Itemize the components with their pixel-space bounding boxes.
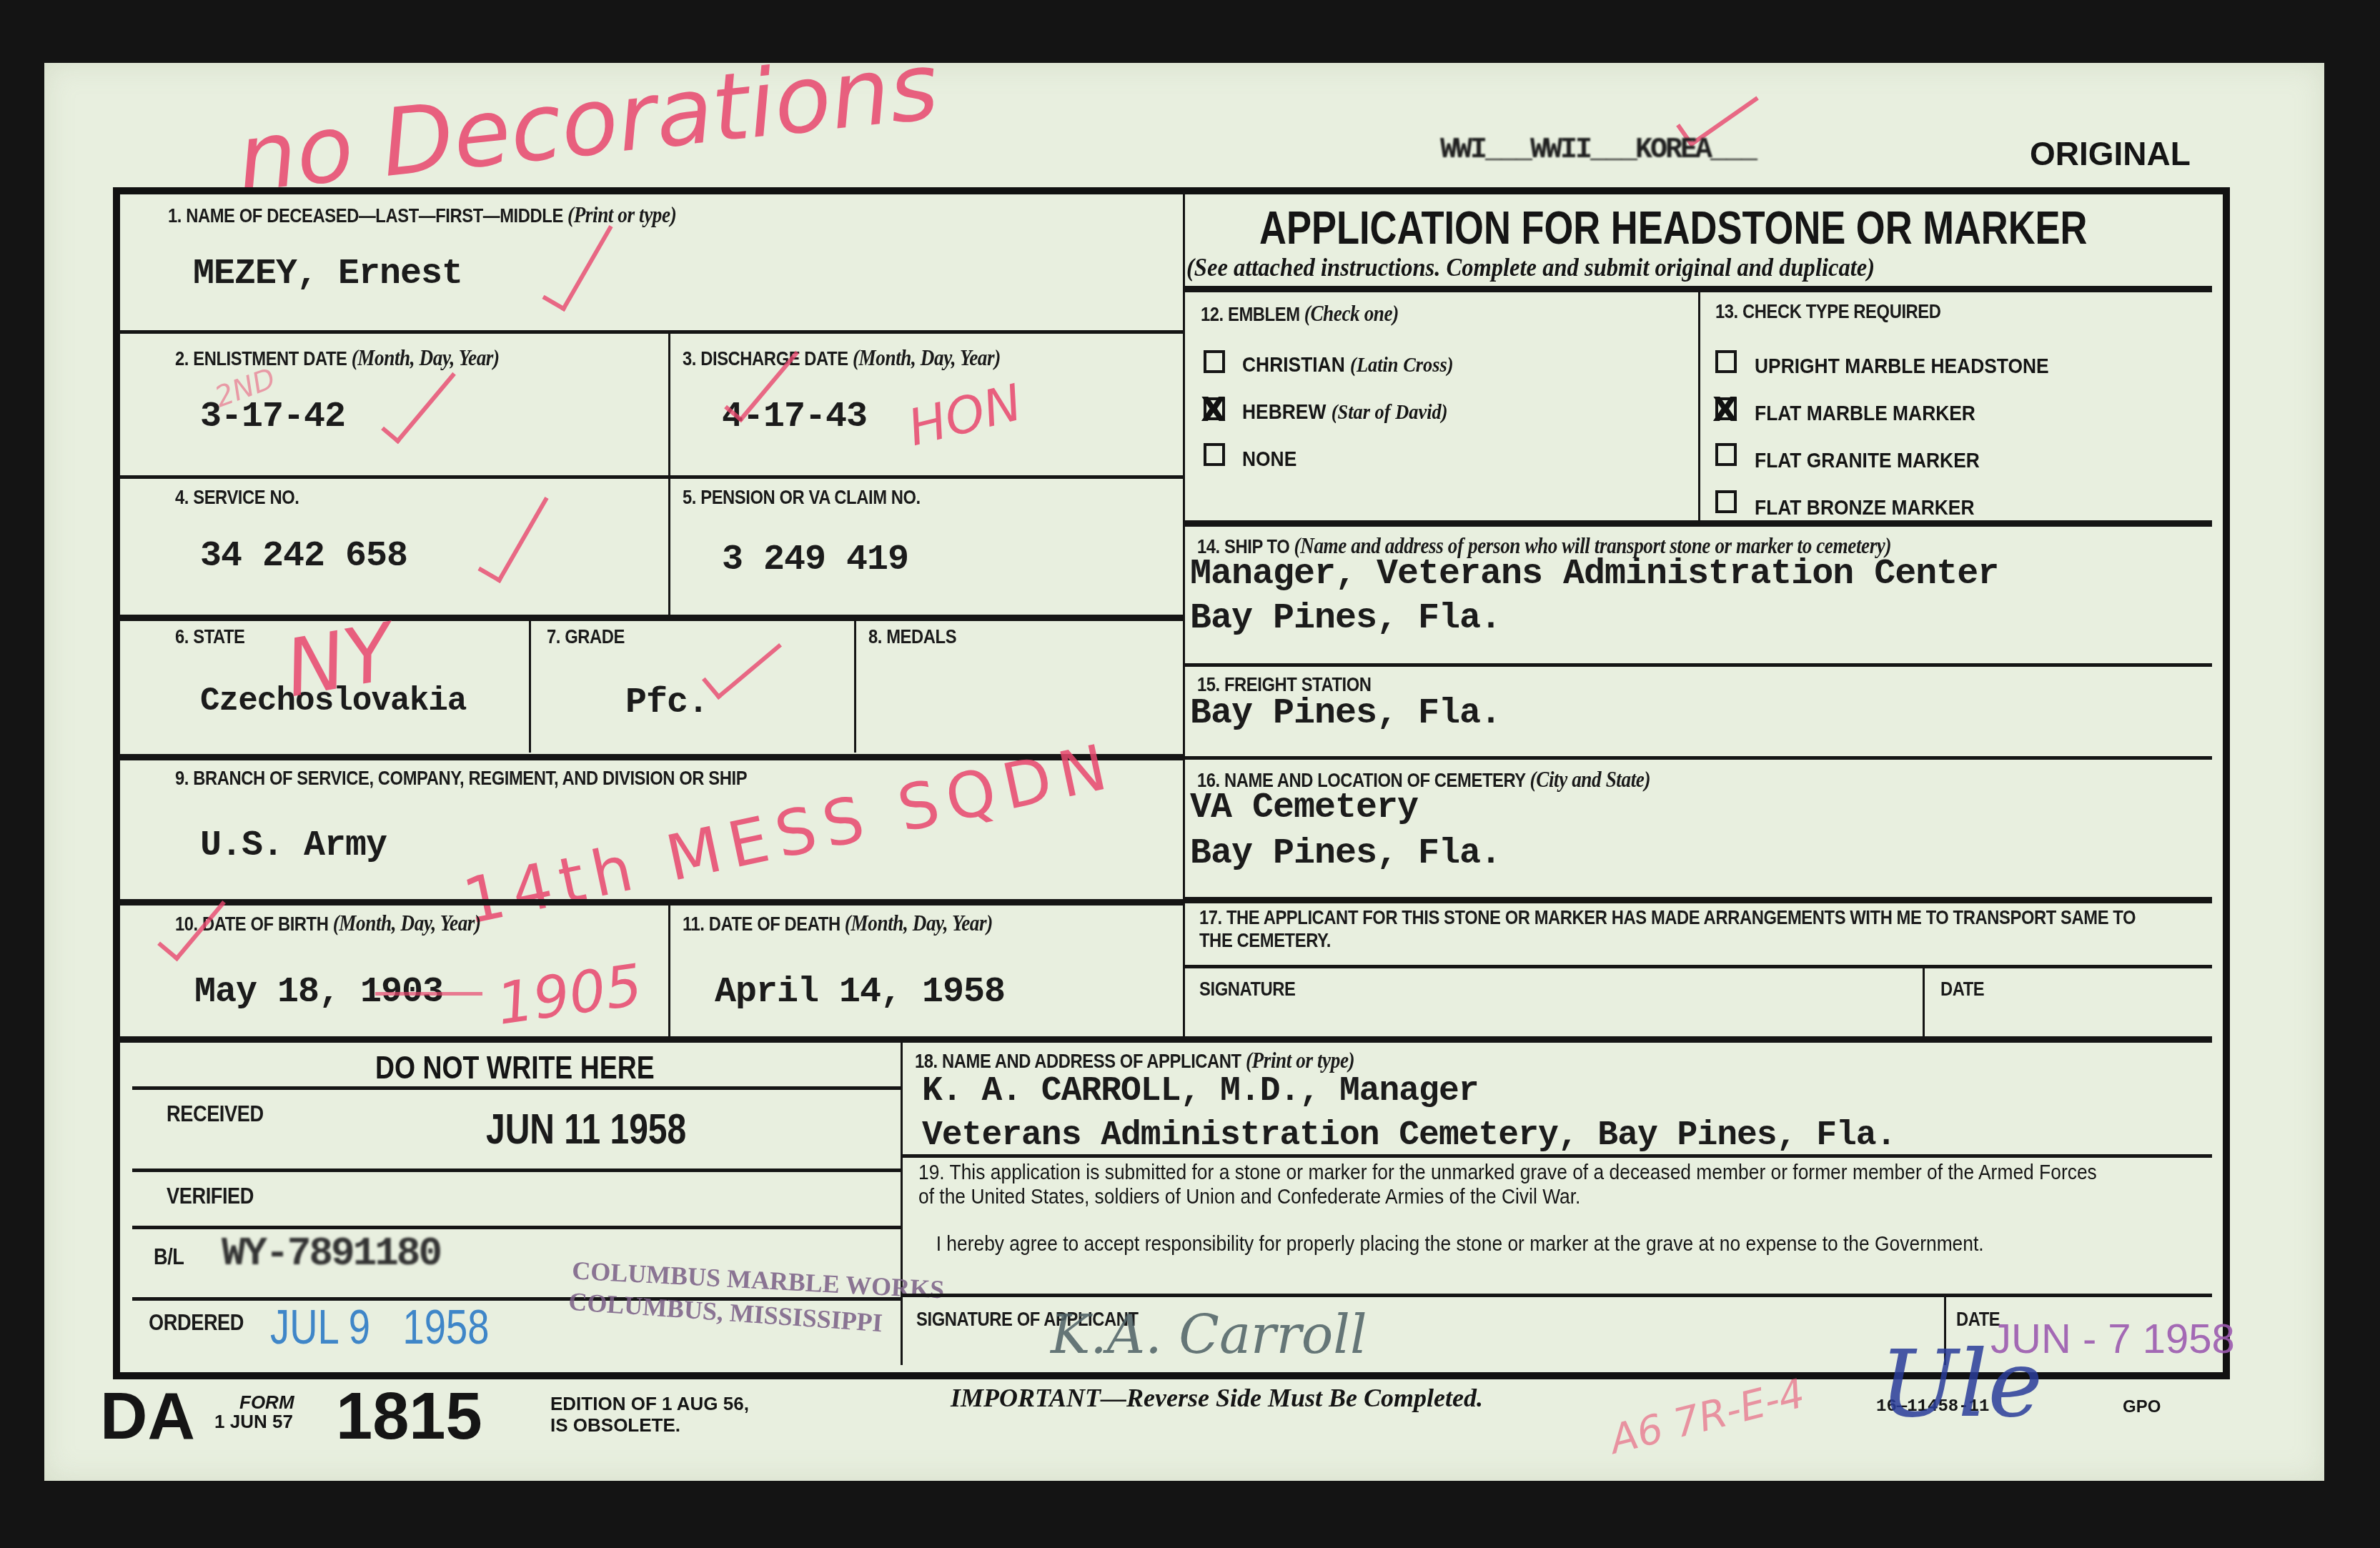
checkbox-none[interactable] [1204, 443, 1225, 466]
field-10-label: 10. DATE OF BIRTH (Month, Day, Year) [175, 910, 481, 936]
field-19-text: 19. This application is submitted for a … [918, 1161, 2113, 1209]
form-number: 1815 [336, 1379, 482, 1454]
field-19-agreement: I hereby agree to accept responsibility … [918, 1232, 2113, 1256]
edition-line1: EDITION OF 1 AUG 56, [550, 1394, 749, 1414]
option-flat-marble: FLAT MARBLE MARKER [1755, 402, 1975, 426]
edition-line2: IS OBSOLETE. [550, 1415, 680, 1435]
field-17-signature-input[interactable] [1190, 1001, 1912, 1033]
field-18-line1[interactable]: K. A. CARROLL, M.D., Manager [922, 1072, 1479, 1111]
divider [901, 1294, 2212, 1297]
divider [1183, 965, 2212, 968]
divider [1923, 968, 1925, 1036]
option-flat-granite: FLAT GRANITE MARKER [1755, 449, 1980, 473]
important-note: IMPORTANT—Reverse Side Must Be Completed… [951, 1383, 1483, 1413]
field-12-label: 12. EMBLEM (Check one) [1201, 300, 1399, 327]
form-word: FORM [239, 1392, 294, 1412]
divider [132, 1297, 901, 1301]
field-15-value[interactable]: Bay Pines, Fla. [1190, 693, 1501, 734]
field-3-label: 3. DISCHARGE DATE (Month, Day, Year) [683, 344, 1001, 371]
checkbox-flat-granite[interactable] [1715, 443, 1737, 466]
field-4-value[interactable]: 34 242 658 [200, 536, 407, 577]
divider [529, 620, 531, 753]
form-title: APPLICATION FOR HEADSTONE OR MARKER [1259, 202, 2087, 254]
divider [132, 1086, 901, 1090]
divider [118, 1036, 2212, 1043]
received-label: RECEIVED [167, 1101, 264, 1127]
divider [854, 620, 856, 753]
divider [668, 905, 670, 1036]
field-11-label: 11. DATE OF DEATH (Month, Day, Year) [683, 910, 993, 936]
war-line: WWI___WWII___KOREA___ [1440, 134, 1755, 167]
divider [1183, 663, 2212, 667]
field-7-value[interactable]: Pfc. [625, 683, 708, 723]
field-9-value[interactable]: U.S. Army [200, 825, 387, 866]
option-hebrew: HEBREW (Star of David) [1242, 400, 1447, 425]
divider [132, 1226, 901, 1229]
field-6-label: 6. STATE [175, 625, 245, 648]
divider-12-13 [1698, 292, 1700, 520]
option-upright-marble: UPRIGHT MARBLE HEADSTONE [1755, 354, 2049, 379]
bl-label: B/L [154, 1244, 184, 1270]
annotation-ny: NY [279, 606, 400, 715]
divider [118, 330, 1183, 334]
field-14-line2[interactable]: Bay Pines, Fla. [1190, 598, 1501, 639]
form-da: DA [100, 1379, 195, 1454]
field-17-signature-label: SIGNATURE [1199, 978, 1296, 1001]
checkbox-hebrew[interactable] [1204, 397, 1225, 420]
checkbox-flat-marble[interactable] [1715, 397, 1737, 420]
checkbox-upright-marble[interactable] [1715, 350, 1737, 373]
option-flat-bronze: FLAT BRONZE MARKER [1755, 496, 1974, 520]
office-use-heading: DO NOT WRITE HERE [375, 1051, 655, 1086]
divider [118, 475, 1183, 479]
field-13-label: 13. CHECK TYPE REQUIRED [1715, 300, 1941, 323]
field-7-label: 7. GRADE [547, 625, 625, 648]
form-subtitle: (See attached instructions. Complete and… [1186, 254, 1875, 282]
field-8-label: 8. MEDALS [868, 625, 956, 648]
divider [118, 615, 1183, 621]
checkbox-christian[interactable] [1204, 350, 1225, 373]
divider [118, 899, 1183, 906]
gpo-label: GPO [2123, 1397, 2161, 1417]
field-9-label: 9. BRANCH OF SERVICE, COMPANY, REGIMENT,… [175, 767, 747, 790]
verified-label: VERIFIED [167, 1169, 254, 1209]
received-stamp: JUN 11 1958 [486, 1104, 686, 1153]
field-1-value[interactable]: MEZEY, Ernest [193, 254, 462, 294]
field-17-text: 17. THE APPLICANT FOR THIS STONE OR MARK… [1199, 906, 2141, 952]
option-none: NONE [1242, 447, 1296, 472]
divider [1183, 520, 2212, 527]
divider [1183, 897, 2212, 903]
form-date: 1 JUN 57 [214, 1411, 293, 1432]
field-2-label: 2. ENLISTMENT DATE (Month, Day, Year) [175, 344, 500, 371]
divider [1183, 286, 2212, 292]
field-5-value[interactable]: 3 249 419 [722, 540, 908, 580]
field-11-value[interactable]: April 14, 1958 [715, 972, 1005, 1013]
field-5-label: 5. PENSION OR VA CLAIM NO. [683, 486, 921, 509]
center-divider [1183, 192, 1185, 1036]
field-17-date-input[interactable] [1930, 1001, 2208, 1033]
field-17-date-label: DATE [1940, 978, 1984, 1001]
field-14-line1[interactable]: Manager, Veterans Administration Center [1190, 554, 1998, 595]
divider [901, 1042, 903, 1365]
applicant-signature[interactable]: K.A. Carroll [1051, 1304, 1367, 1366]
birth-year-strikeout [375, 992, 482, 996]
copy-label: ORIGINAL [2030, 134, 2191, 173]
field-4-label: 4. SERVICE NO. [175, 486, 299, 509]
field-18-line2[interactable]: Veterans Administration Cemetery, Bay Pi… [922, 1116, 1895, 1155]
divider [901, 1154, 2212, 1158]
field-8-value[interactable] [865, 665, 1179, 743]
option-christian: CHRISTIAN (Latin Cross) [1242, 353, 1454, 377]
field-18-label: 18. NAME AND ADDRESS OF APPLICANT (Print… [915, 1047, 1354, 1073]
initials-blue: Ule [1880, 1329, 2043, 1438]
bl-value: WY-7891180 [222, 1231, 440, 1276]
ordered-stamp: JUL 9 1958 [270, 1299, 489, 1355]
field-16-line2[interactable]: Bay Pines, Fla. [1190, 833, 1501, 874]
checkbox-flat-bronze[interactable] [1715, 490, 1737, 513]
ordered-label: ORDERED [149, 1309, 244, 1336]
field-16-line1[interactable]: VA Cemetery [1190, 788, 1418, 828]
divider [1183, 756, 2212, 760]
